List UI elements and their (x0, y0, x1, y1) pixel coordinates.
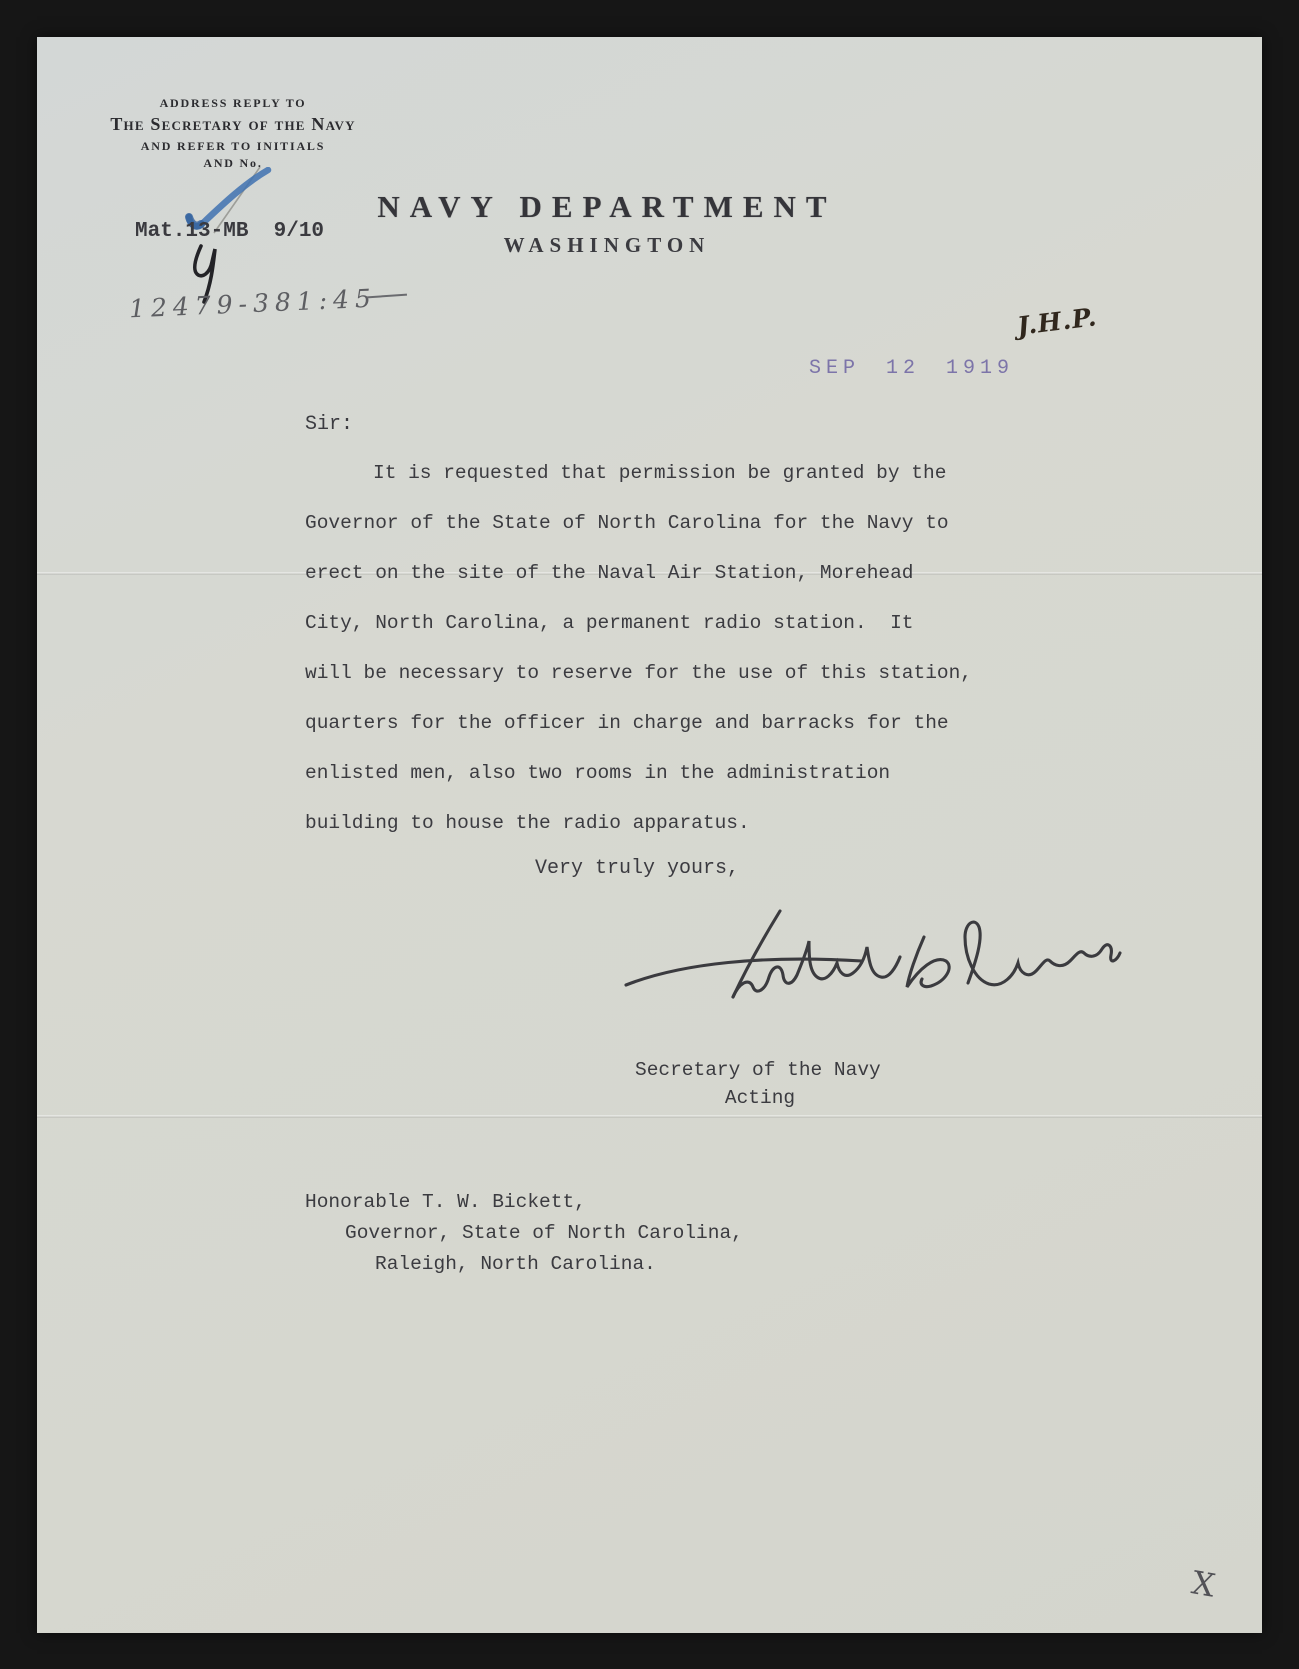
scanned-letter-page: { "page": { "background_color": "#161616… (0, 0, 1299, 1669)
handwritten-number-transcription: 4 (37, 37, 38, 38)
signer-block: Secretary of the Navy Acting (635, 1059, 885, 1109)
signer-title: Secretary of the Navy (635, 1059, 885, 1081)
recipient-name: Honorable T. W. Bickett, (305, 1187, 743, 1218)
signature-transcription: Franklin D. Roosevelt (37, 37, 38, 38)
handwritten-initials: J.H.P. (1016, 302, 1099, 341)
body-line: enlisted men, also two rooms in the admi… (305, 757, 1025, 807)
recipient-city: Raleigh, North Carolina. (305, 1249, 743, 1280)
pencil-x-mark: X (1189, 1563, 1218, 1604)
letterhead-line-1: ADDRESS REPLY TO (93, 95, 373, 112)
recipient-address: Honorable T. W. Bickett, Governor, State… (305, 1187, 743, 1280)
body-line: quarters for the officer in charge and b… (305, 707, 1025, 757)
letterhead-line-2: The Secretary of the Navy (93, 114, 373, 135)
body-line: City, North Carolina, a permanent radio … (305, 607, 1025, 657)
closing-phrase: Very truly yours, (535, 857, 739, 880)
signer-subtitle: Acting (635, 1087, 885, 1109)
received-date-stamp: SEP 12 1919 (809, 357, 1014, 380)
letterhead-line-3: AND REFER TO INITIALS (93, 138, 373, 155)
department-city: WASHINGTON (307, 233, 907, 258)
body-line: It is requested that permission be grant… (305, 457, 1025, 507)
department-title: NAVY DEPARTMENT (307, 189, 907, 225)
pencil-file-number: 12479-381:45 (128, 284, 377, 324)
recipient-title: Governor, State of North Carolina, (305, 1218, 743, 1249)
body-line: building to house the radio apparatus. (305, 807, 1025, 857)
fold-crease-lower (37, 1115, 1262, 1118)
salutation: Sir: (305, 413, 353, 436)
letter-paper: ADDRESS REPLY TO The Secretary of the Na… (37, 37, 1262, 1633)
masthead: NAVY DEPARTMENT WASHINGTON (307, 189, 907, 258)
body-line: will be necessary to reserve for the use… (305, 657, 1025, 707)
franklin-roosevelt-signature (612, 897, 1122, 1027)
body-line: erect on the site of the Naval Air Stati… (305, 557, 1025, 607)
letterhead: ADDRESS REPLY TO The Secretary of the Na… (93, 95, 373, 172)
body-line: Governor of the State of North Carolina … (305, 507, 1025, 557)
file-reference: Mat.13-MB 9/10 (135, 220, 324, 243)
letter-body: It is requested that permission be grant… (305, 457, 1025, 857)
